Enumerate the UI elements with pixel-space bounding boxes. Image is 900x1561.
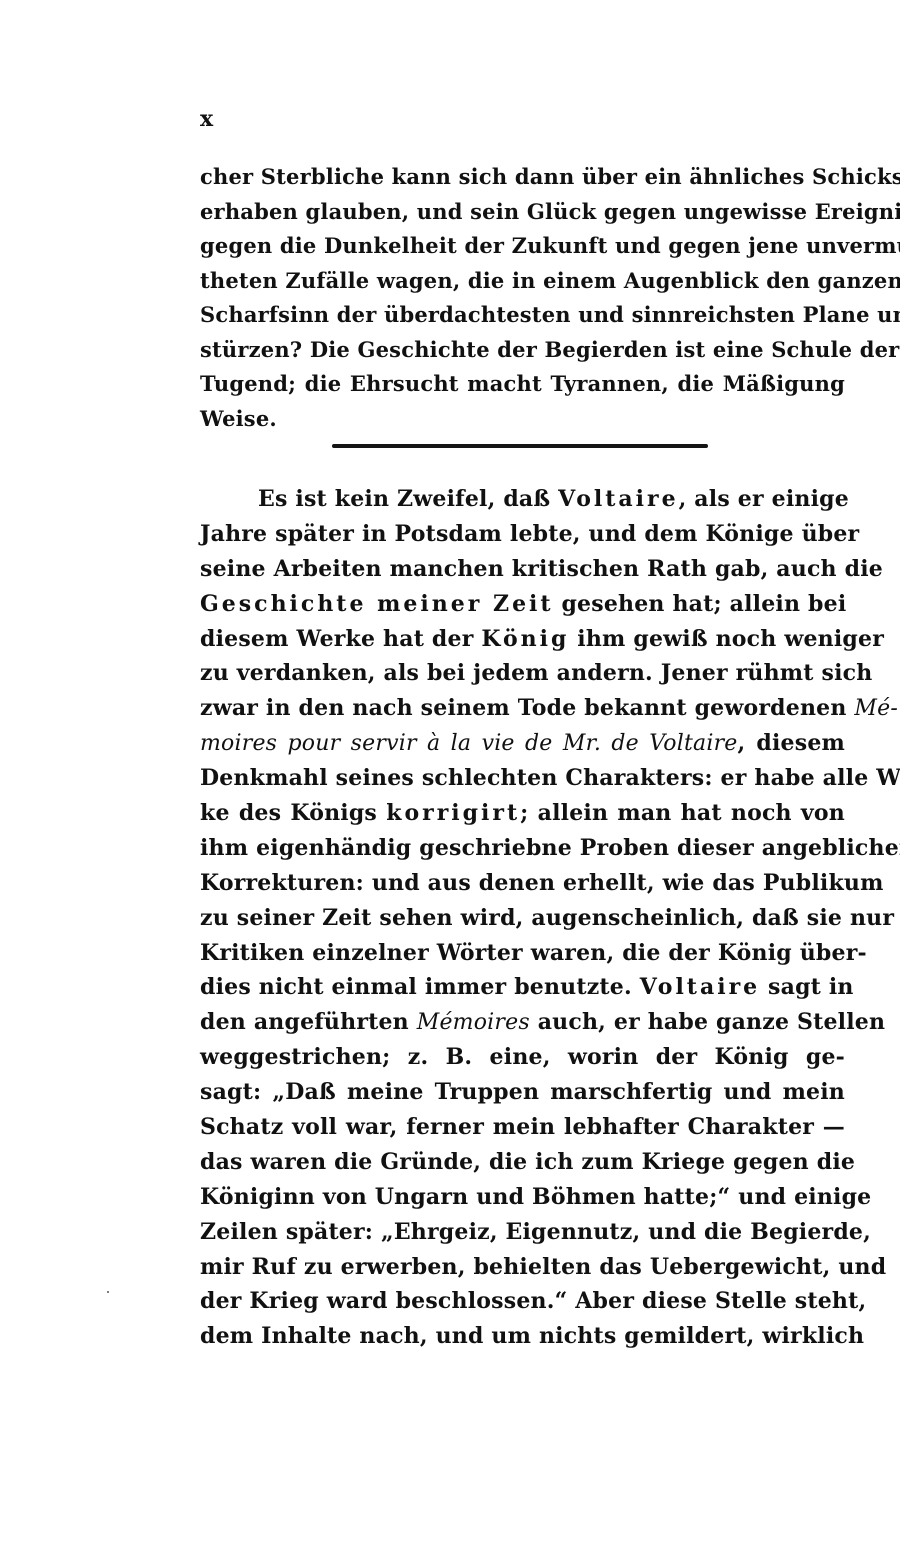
text-line: stürzen? Die Geschichte der Begierden is… <box>200 333 845 368</box>
text-line: sagt: „Daß meine Truppen marschfertig un… <box>200 1075 845 1110</box>
main-paragraph: Es ist kein Zweifel, daß Voltaire, als e… <box>200 482 845 1354</box>
text-run: dem Inhalte nach, und um nichts gemilder… <box>200 1323 864 1349</box>
section-separator-rule <box>332 444 708 448</box>
text-line: Scharfsinn der überdachtesten und sinnre… <box>200 298 845 333</box>
text-line: ke des Königs korrigirt; allein man hat … <box>200 796 845 831</box>
text-line: Schatz voll war, ferner mein lebhafter C… <box>200 1110 845 1145</box>
text-line: erhaben glauben, und sein Glück gegen un… <box>200 195 845 230</box>
text-run: dies nicht einmal immer benutzte. <box>200 974 640 1000</box>
text-line: den angeführten Mémoires auch, er habe g… <box>200 1005 845 1040</box>
text-line: ihm eigenhändig geschriebne Proben diese… <box>200 831 845 866</box>
page-number: x <box>200 108 213 130</box>
text-line: Zeilen später: „Ehrgeiz, Eigennutz, und … <box>200 1215 845 1250</box>
text-run: Königinn von Ungarn und Böhmen hatte;“ u… <box>200 1184 871 1210</box>
text-line: mir Ruf zu erwerben, behielten das Ueber… <box>200 1250 845 1285</box>
text-line: dies nicht einmal immer benutzte. Voltai… <box>200 970 845 1005</box>
text-run: ; allein man hat noch von <box>520 800 845 826</box>
text-run: Kritiken einzelner Wörter waren, die der… <box>200 940 867 966</box>
text-run: Denkmahl seines schlechten Charakters: e… <box>200 765 900 791</box>
text-line: das waren die Gründe, die ich zum Kriege… <box>200 1145 845 1180</box>
text-run: , diesem <box>738 730 845 756</box>
emphasized-name: Geschichte meiner Zeit <box>200 591 554 617</box>
text-run: weggestrichen; z. B. eine, worin der Kön… <box>200 1044 845 1070</box>
text-run: ke des Königs <box>200 800 386 826</box>
text-line: zwar in den nach seinem Tode bekannt gew… <box>200 691 845 726</box>
text-run: auch, er habe ganze Stellen <box>530 1009 885 1035</box>
text-run: der Krieg ward beschlossen.“ Aber diese … <box>200 1288 866 1314</box>
emphasized-name: korrigirt <box>386 800 520 826</box>
text-line: theten Zufälle wagen, die in einem Augen… <box>200 264 845 299</box>
text-run: seine Arbeiten manchen kritischen Rath g… <box>200 556 883 582</box>
text-run: mir Ruf zu erwerben, behielten das Ueber… <box>200 1254 886 1280</box>
text-line: Denkmahl seines schlechten Charakters: e… <box>200 761 845 796</box>
text-run: ihm eigenhändig geschriebne Proben diese… <box>200 835 900 861</box>
text-run: das waren die Gründe, die ich zum Kriege… <box>200 1149 855 1175</box>
text-line: Weise. <box>200 402 845 437</box>
text-run: , als er einige <box>679 486 849 512</box>
text-line: Kritiken einzelner Wörter waren, die der… <box>200 936 845 971</box>
text-line: Königinn von Ungarn und Böhmen hatte;“ u… <box>200 1180 845 1215</box>
text-run: Zeilen später: „Ehrgeiz, Eigennutz, und … <box>200 1219 871 1245</box>
text-line: cher Sterbliche kann sich dann über ein … <box>200 160 845 195</box>
top-paragraph: cher Sterbliche kann sich dann über ein … <box>200 160 845 436</box>
text-line: weggestrichen; z. B. eine, worin der Kön… <box>200 1040 845 1075</box>
margin-speck <box>107 1291 109 1293</box>
italic-title: Mémoires <box>417 1010 530 1035</box>
book-page: x cher Sterbliche kann sich dann über ei… <box>0 0 900 1561</box>
text-run: den angeführten <box>200 1009 417 1035</box>
text-line: Korrekturen: und aus denen erhellt, wie … <box>200 866 845 901</box>
text-line: Es ist kein Zweifel, daß Voltaire, als e… <box>200 482 845 517</box>
italic-title: Mé- <box>854 696 898 721</box>
text-run: zwar in den nach seinem Tode bekannt gew… <box>200 695 854 721</box>
text-run: zu seiner Zeit sehen wird, augenscheinli… <box>200 905 894 931</box>
text-line: gegen die Dunkelheit der Zukunft und geg… <box>200 229 845 264</box>
text-run: Schatz voll war, ferner mein lebhafter C… <box>200 1114 845 1140</box>
text-line: zu seiner Zeit sehen wird, augenscheinli… <box>200 901 845 936</box>
text-line: Jahre später in Potsdam lebte, und dem K… <box>200 517 845 552</box>
text-line: Geschichte meiner Zeit gesehen hat; alle… <box>200 587 845 622</box>
text-run: Es ist kein Zweifel, daß <box>258 486 558 512</box>
text-run: Korrekturen: und aus denen erhellt, wie … <box>200 870 884 896</box>
emphasized-name: Voltaire <box>640 974 760 1000</box>
text-run: zu verdanken, als bei jedem andern. Jene… <box>200 660 872 686</box>
text-run: sagt: „Daß meine Truppen marschfertig un… <box>200 1079 845 1105</box>
emphasized-name: König <box>481 626 569 652</box>
text-line: dem Inhalte nach, und um nichts gemilder… <box>200 1319 845 1354</box>
text-line: seine Arbeiten manchen kritischen Rath g… <box>200 552 845 587</box>
emphasized-name: Voltaire <box>558 486 678 512</box>
text-run: ihm gewiß noch weniger <box>569 626 884 652</box>
text-run: Jahre später in Potsdam lebte, und dem K… <box>200 521 859 547</box>
text-run: diesem Werke hat der <box>200 626 481 652</box>
italic-title: moires pour servir à la vie de Mr. de Vo… <box>200 731 738 756</box>
text-line: Tugend; die Ehrsucht macht Tyrannen, die… <box>200 367 845 402</box>
text-line: diesem Werke hat der König ihm gewiß noc… <box>200 622 845 657</box>
text-run: sagt in <box>760 974 853 1000</box>
text-line: der Krieg ward beschlossen.“ Aber diese … <box>200 1284 845 1319</box>
text-line: moires pour servir à la vie de Mr. de Vo… <box>200 726 845 761</box>
text-run: gesehen hat; allein bei <box>554 591 847 617</box>
text-line: zu verdanken, als bei jedem andern. Jene… <box>200 656 845 691</box>
